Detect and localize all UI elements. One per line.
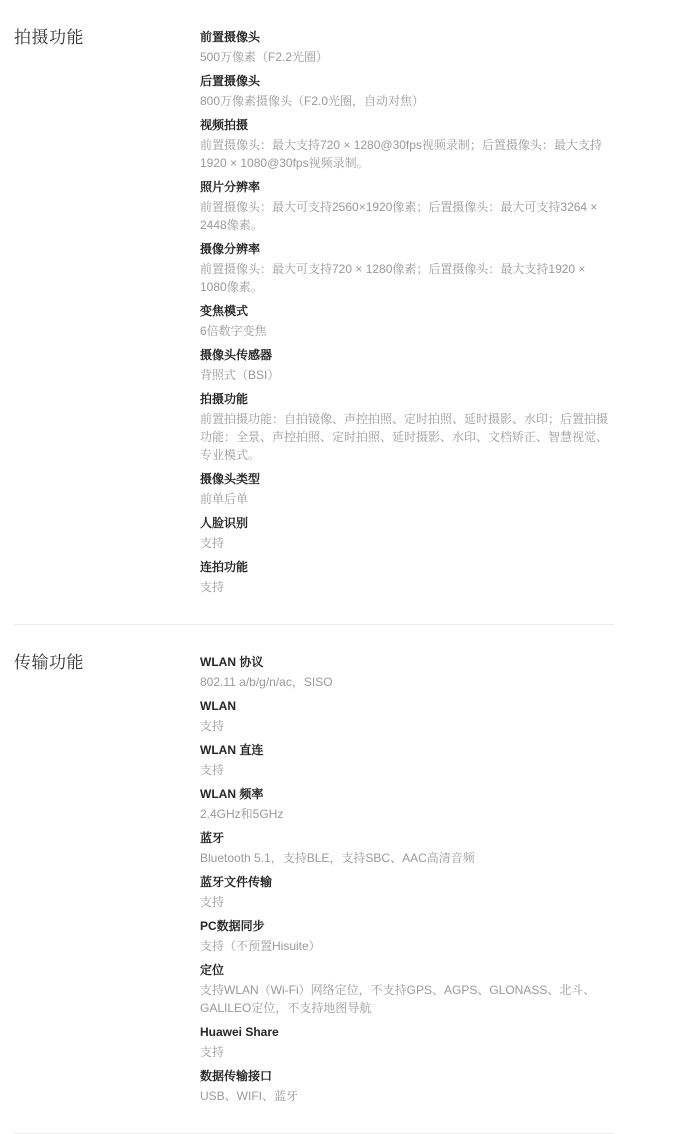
spec-item-value: 支持	[200, 717, 614, 735]
spec-item: WLAN 协议 802.11 a/b/g/n/ac，SISO	[200, 653, 614, 691]
section-title: 传输功能	[14, 653, 200, 673]
spec-item-label: 摄像头类型	[200, 470, 614, 488]
spec-item: 数据传输接口 USB、WIFI、蓝牙	[200, 1067, 614, 1105]
spec-item-label: 后置摄像头	[200, 72, 614, 90]
spec-item: 蓝牙 Bluetooth 5.1，支持BLE，支持SBC、AAC高清音频	[200, 829, 614, 867]
spec-item: Huawei Share 支持	[200, 1023, 614, 1061]
spec-item-value: 802.11 a/b/g/n/ac，SISO	[200, 673, 614, 691]
spec-item: WLAN 频率 2.4GHz和5GHz	[200, 785, 614, 823]
spec-item-label: 视频拍摄	[200, 116, 614, 134]
spec-item-value: 800万像素摄像头（F2.0光圈，自动对焦）	[200, 92, 614, 110]
spec-item-label: 定位	[200, 961, 614, 979]
spec-item: 拍摄功能 前置拍摄功能：自拍镜像、声控拍照、定时拍照、延时摄影、水印；后置拍摄功…	[200, 390, 614, 464]
spec-item: PC数据同步 支持（不预置Hisuite）	[200, 917, 614, 955]
spec-item: 蓝牙文件传输 支持	[200, 873, 614, 911]
spec-item: 后置摄像头 800万像素摄像头（F2.0光圈，自动对焦）	[200, 72, 614, 110]
spec-item-label: 拍摄功能	[200, 390, 614, 408]
spec-item-value: Bluetooth 5.1，支持BLE，支持SBC、AAC高清音频	[200, 849, 614, 867]
spec-item: 连拍功能 支持	[200, 558, 614, 596]
spec-item-value: 前置拍摄功能：自拍镜像、声控拍照、定时拍照、延时摄影、水印；后置拍摄功能：全景、…	[200, 410, 614, 464]
spec-item-value: 支持	[200, 578, 614, 596]
spec-item-label: 蓝牙	[200, 829, 614, 847]
spec-item-label: 摄像头传感器	[200, 346, 614, 364]
spec-item-value: 支持	[200, 893, 614, 911]
spec-item-label: 数据传输接口	[200, 1067, 614, 1085]
spec-item-label: 摄像分辨率	[200, 240, 614, 258]
spec-item-value: 支持WLAN（Wi-Fi）网络定位，不支持GPS、AGPS、GLONASS、北斗…	[200, 981, 614, 1017]
spec-item: WLAN 直连 支持	[200, 741, 614, 779]
section-title-column: 拍摄功能	[14, 28, 200, 602]
spec-item-value: 前置摄像头：最大支持720 × 1280@30fps视频录制；后置摄像头：最大支…	[200, 136, 614, 172]
spec-item: 照片分辨率 前置摄像头：最大可支持2560×1920像素；后置摄像头：最大可支持…	[200, 178, 614, 234]
spec-item-label: WLAN 协议	[200, 653, 614, 671]
spec-item-value: 支持（不预置Hisuite）	[200, 937, 614, 955]
spec-item: 摄像头类型 前单后单	[200, 470, 614, 508]
spec-item: 视频拍摄 前置摄像头：最大支持720 × 1280@30fps视频录制；后置摄像…	[200, 116, 614, 172]
spec-item: 摄像头传感器 背照式（BSI）	[200, 346, 614, 384]
spec-item-value: 支持	[200, 534, 614, 552]
spec-item-label: PC数据同步	[200, 917, 614, 935]
spec-item-value: 前置摄像头：最大可支持720 × 1280像素；后置摄像头：最大支持1920 ×…	[200, 260, 614, 296]
spec-item-label: 连拍功能	[200, 558, 614, 576]
spec-item: 变焦模式 6倍数字变焦	[200, 302, 614, 340]
spec-item: 前置摄像头 500万像素（F2.2光圈）	[200, 28, 614, 66]
spec-item-value: 背照式（BSI）	[200, 366, 614, 384]
spec-item-value: 支持	[200, 761, 614, 779]
spec-item-value: 2.4GHz和5GHz	[200, 805, 614, 823]
spec-item-value: USB、WIFI、蓝牙	[200, 1087, 614, 1105]
spec-section: 拍摄功能 前置摄像头 500万像素（F2.2光圈） 后置摄像头 800万像素摄像…	[14, 0, 614, 625]
spec-item-label: 人脸识别	[200, 514, 614, 532]
spec-item: 人脸识别 支持	[200, 514, 614, 552]
spec-item-label: WLAN 直连	[200, 741, 614, 759]
spec-item-value: 前置摄像头：最大可支持2560×1920像素；后置摄像头：最大可支持3264 ×…	[200, 198, 614, 234]
spec-item-value: 支持	[200, 1043, 614, 1061]
spec-item-label: 蓝牙文件传输	[200, 873, 614, 891]
spec-item-label: Huawei Share	[200, 1023, 614, 1041]
spec-page: 拍摄功能 前置摄像头 500万像素（F2.2光圈） 后置摄像头 800万像素摄像…	[14, 0, 614, 1134]
spec-item-label: 前置摄像头	[200, 28, 614, 46]
spec-item-value: 6倍数字变焦	[200, 322, 614, 340]
spec-item-value: 500万像素（F2.2光圈）	[200, 48, 614, 66]
spec-section: 传输功能 WLAN 协议 802.11 a/b/g/n/ac，SISO WLAN…	[14, 625, 614, 1134]
section-title-column: 传输功能	[14, 653, 200, 1111]
spec-item-label: 变焦模式	[200, 302, 614, 320]
section-title: 拍摄功能	[14, 28, 200, 48]
spec-item: 摄像分辨率 前置摄像头：最大可支持720 × 1280像素；后置摄像头：最大支持…	[200, 240, 614, 296]
spec-item-label: 照片分辨率	[200, 178, 614, 196]
spec-item-list: 前置摄像头 500万像素（F2.2光圈） 后置摄像头 800万像素摄像头（F2.…	[200, 28, 614, 602]
spec-item-value: 前单后单	[200, 490, 614, 508]
spec-item: 定位 支持WLAN（Wi-Fi）网络定位，不支持GPS、AGPS、GLONASS…	[200, 961, 614, 1017]
spec-item-label: WLAN 频率	[200, 785, 614, 803]
spec-item-label: WLAN	[200, 697, 614, 715]
spec-item-list: WLAN 协议 802.11 a/b/g/n/ac，SISO WLAN 支持 W…	[200, 653, 614, 1111]
spec-item: WLAN 支持	[200, 697, 614, 735]
